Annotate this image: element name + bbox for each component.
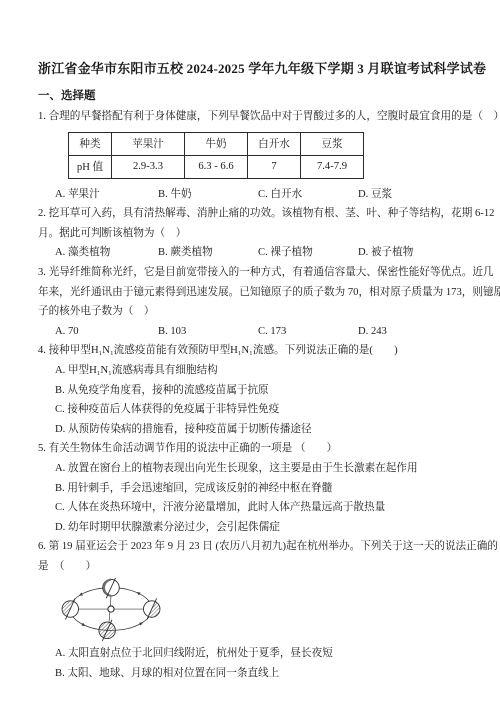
option: D. 被子植物: [358, 243, 413, 263]
page-title: 浙江省金华市东阳市五校 2024-2025 学年九年级下学期 3 月联谊考试科学…: [38, 58, 470, 77]
option: A. 甲型H₁N₁流感病毒具有细胞结构: [55, 361, 470, 381]
option: B. 蕨类植物: [158, 243, 258, 263]
exam-page: 浙江省金华市东阳市五校 2024-2025 学年九年级下学期 3 月联谊考试科学…: [0, 0, 500, 707]
option: B. 103: [158, 322, 258, 342]
question-1: 1. 合理的早餐搭配有利于身体健康，下列早餐饮品中对于胃酸过多的人，空腹时最宜食…: [38, 107, 470, 204]
option: B. 从免疫学角度看，接种的流感疫苗属于抗原: [55, 381, 470, 401]
question-stem-line: 6. 第 19 届亚运会于 2023 年 9 月 23 日 (农历八月初九)起在…: [38, 537, 470, 557]
earth-left: [62, 599, 78, 620]
option: D. 从预防传染病的措施看，接种疫苗属于切断传播途径: [55, 420, 470, 440]
question-list: 1. 合理的早餐搭配有利于身体健康，下列早餐饮品中对于胃酸过多的人，空腹时最宜食…: [38, 107, 470, 684]
option: C. 接种疫苗后人体获得的免疫属于非特异性免疫: [55, 400, 470, 420]
option: C. 173: [258, 322, 358, 342]
options: A. 70B. 103C. 173D. 243: [55, 322, 470, 342]
table-row: pH 值2.9-3.36.3 - 6.677.4-7.9: [69, 155, 364, 178]
option: A. 70: [55, 322, 158, 342]
options: A. 甲型H₁N₁流感病毒具有细胞结构B. 从免疫学角度看，接种的流感疫苗属于抗…: [38, 361, 470, 439]
option: D. 幼年时期甲状腺激素分泌过少，会引起侏儒症: [55, 518, 470, 538]
table-cell: 6.3 - 6.6: [185, 155, 248, 178]
question-5: 5. 有关生物体生命活动调节作用的说法中正确的一项是 （ ）A. 放置在窗台上的…: [38, 439, 470, 537]
option: A. 太阳直射点位于北回归线附近，杭州处于夏季，昼长夜短: [55, 644, 470, 664]
question-4: 4. 接种甲型H₁N₁流感疫苗能有效预防甲型H₁N₁流感。下列说法正确的是( )…: [38, 341, 470, 439]
question-stem-line: 子的核外电子数为（ ）: [38, 302, 470, 322]
option: D. 243: [358, 322, 387, 342]
ph-table: 种类苹果汁牛奶白开水豆浆pH 值2.9-3.36.3 - 6.677.4-7.9: [68, 132, 364, 179]
table-cell: 豆浆: [301, 132, 364, 155]
option: C. 裸子植物: [258, 243, 358, 263]
option: C. 白开水: [258, 185, 358, 205]
table-row: 种类苹果汁牛奶白开水豆浆: [69, 132, 364, 155]
table-cell: 白开水: [248, 132, 301, 155]
option: B. 太阳、地球、月球的相对位置在同一条直线上: [55, 664, 470, 684]
question-3: 3. 光导纤维简称光纤，它是目前宽带接入的一种方式，有着通信容量大、保密性能好等…: [38, 263, 470, 341]
question-stem-line: 月。据此可判断该植物为（ ）: [38, 224, 470, 244]
question-stem-line: 是 （ ）: [38, 557, 470, 577]
option: A. 放置在窗台上的植物表现出向光生长现象，这主要是由于生长激素在起作用: [55, 459, 470, 479]
question-2: 2. 挖耳草可入药，具有清热解毒、消肿止痛的功效。该植物有根、茎、叶、种子等结构…: [38, 204, 470, 263]
question-stem-line: 5. 有关生物体生命活动调节作用的说法中正确的一项是 （ ）: [38, 439, 470, 459]
question-stem-line: 4. 接种甲型H₁N₁流感疫苗能有效预防甲型H₁N₁流感。下列说法正确的是( ): [38, 341, 470, 361]
table-cell: pH 值: [69, 155, 112, 178]
earth-top: [103, 578, 119, 598]
question-stem-line: 3. 光导纤维简称光纤，它是目前宽带接入的一种方式，有着通信容量大、保密性能好等…: [38, 263, 470, 283]
table-cell: 7: [248, 155, 301, 178]
option: B. 牛奶: [158, 185, 258, 205]
table-cell: 2.9-3.3: [112, 155, 185, 178]
table-cell: 7.4-7.9: [301, 155, 364, 178]
option: B. 用针刺手，手会迅速缩回，完成该反射的神经中枢在脊髓: [55, 479, 470, 499]
option: A. 苹果汁: [55, 185, 158, 205]
option: C. 人体在炎热环境中，汗液分泌量增加，此时人体产热量远高于散热量: [55, 498, 470, 518]
option: D. 豆浆: [358, 185, 392, 205]
question-stem-line: 2. 挖耳草可入药，具有清热解毒、消肿止痛的功效。该植物有根、茎、叶、种子等结构…: [38, 204, 470, 224]
question-figure: [60, 578, 470, 642]
table-cell: 苹果汁: [112, 132, 185, 155]
question-stem-line: 1. 合理的早餐搭配有利于身体健康，下列早餐饮品中对于胃酸过多的人，空腹时最宜食…: [38, 107, 470, 127]
section-heading: 一、选择题: [38, 87, 470, 103]
options: A. 苹果汁B. 牛奶C. 白开水D. 豆浆: [55, 185, 470, 205]
question-6: 6. 第 19 届亚运会于 2023 年 9 月 23 日 (农历八月初九)起在…: [38, 537, 470, 683]
table-cell: 牛奶: [185, 132, 248, 155]
earth-right: [143, 599, 159, 620]
options: A. 放置在窗台上的植物表现出向光生长现象，这主要是由于生长激素在起作用B. 用…: [38, 459, 470, 537]
table-cell: 种类: [69, 132, 112, 155]
question-stem-line: 年来，光纤通讯由于镱元素得到迅速发展。已知镱原子的质子数为 70，相对原子质量为…: [38, 283, 470, 303]
option: A. 藻类植物: [55, 243, 158, 263]
options: A. 太阳直射点位于北回归线附近，杭州处于夏季，昼长夜短B. 太阳、地球、月球的…: [38, 644, 470, 683]
earth-bottom: [99, 620, 115, 641]
earth-orbit-diagram-icon: [60, 578, 162, 642]
options: A. 藻类植物B. 蕨类植物C. 裸子植物D. 被子植物: [55, 243, 470, 263]
